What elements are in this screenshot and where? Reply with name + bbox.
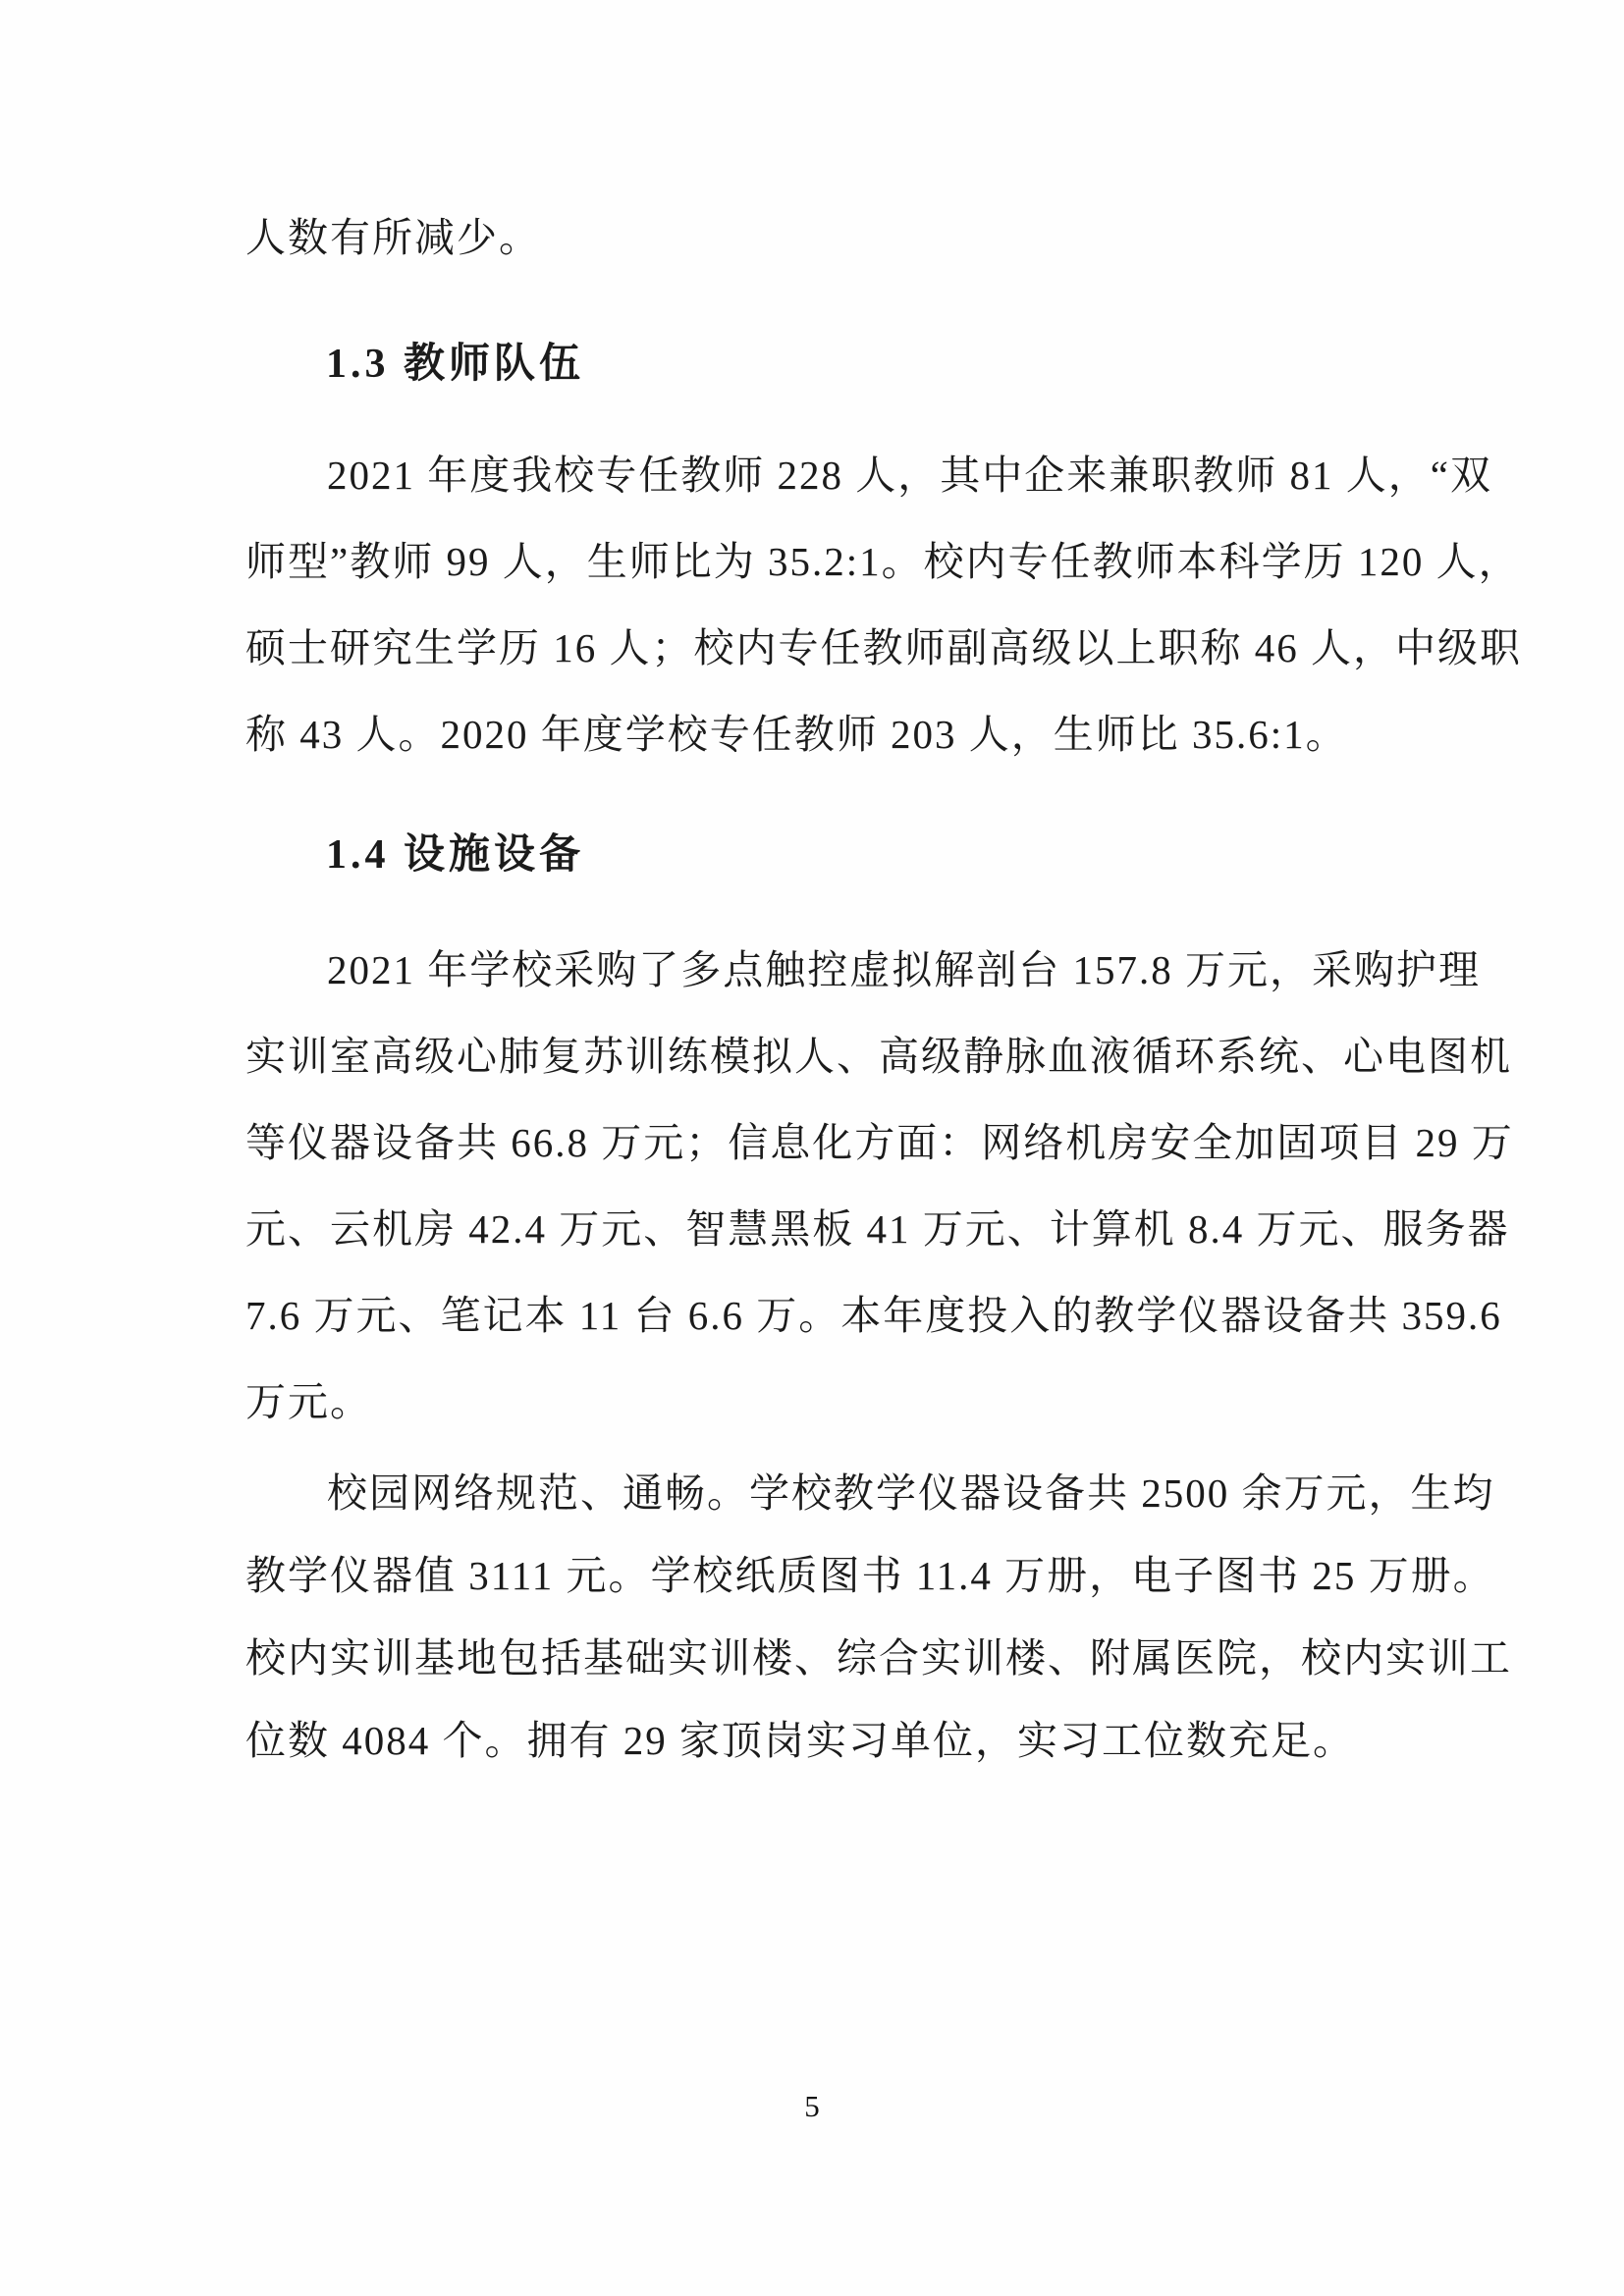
section-heading-1-3: 1.3 教师队伍 — [326, 337, 584, 392]
document-page: 人数有所减少。 1.3 教师队伍 2021 年度我校专任教师 228 人，其中企… — [0, 0, 1624, 2296]
paragraph-line: 称 43 人。2020 年度学校专任教师 203 人，生师比 35.6:1。 — [245, 691, 1424, 777]
paragraph-line: 2021 年度我校专任教师 228 人，其中企来兼职教师 81 人，“双 — [245, 432, 1505, 518]
paragraph-line: 师型”教师 99 人，生师比为 35.2:1。校内专任教师本科学历 120 人， — [245, 518, 1424, 605]
campus-network-paragraph: 校园网络规范、通畅。学校教学仪器设备共 2500 余万元，生均 教学仪器值 31… — [245, 1452, 1505, 1782]
paragraph-line-intro: 人数有所减少。 — [245, 214, 1424, 261]
paragraph-line: 校内实训基地包括基础实训楼、综合实训楼、附属医院，校内实训工 — [245, 1617, 1424, 1699]
teachers-paragraph: 2021 年度我校专任教师 228 人，其中企来兼职教师 81 人，“双 师型”… — [245, 432, 1505, 777]
section-heading-1-4: 1.4 设施设备 — [326, 828, 584, 882]
equipment-paragraph: 2021 年学校采购了多点触控虚拟解剖台 157.8 万元，采购护理 实训室高级… — [245, 927, 1505, 1445]
paragraph-line: 教学仪器值 3111 元。学校纸质图书 11.4 万册，电子图书 25 万册。 — [245, 1534, 1424, 1617]
paragraph-line: 万元。 — [245, 1359, 1424, 1445]
paragraph-line: 硕士研究生学历 16 人；校内专任教师副高级以上职称 46 人，中级职 — [245, 605, 1424, 691]
paragraph-line: 等仪器设备共 66.8 万元；信息化方面：网络机房安全加固项目 29 万 — [245, 1099, 1424, 1186]
paragraph-line: 位数 4084 个。拥有 29 家顶岗实习单位，实习工位数充足。 — [245, 1699, 1424, 1782]
paragraph-line: 校园网络规范、通畅。学校教学仪器设备共 2500 余万元，生均 — [245, 1452, 1505, 1534]
page-number: 5 — [0, 2087, 1624, 2126]
paragraph-line: 2021 年学校采购了多点触控虚拟解剖台 157.8 万元，采购护理 — [245, 927, 1505, 1013]
paragraph-line: 7.6 万元、笔记本 11 台 6.6 万。本年度投入的教学仪器设备共 359.… — [245, 1272, 1424, 1359]
paragraph-line: 元、云机房 42.4 万元、智慧黑板 41 万元、计算机 8.4 万元、服务器 — [245, 1186, 1424, 1272]
paragraph-line: 实训室高级心肺复苏训练模拟人、高级静脉血液循环系统、心电图机 — [245, 1013, 1424, 1099]
